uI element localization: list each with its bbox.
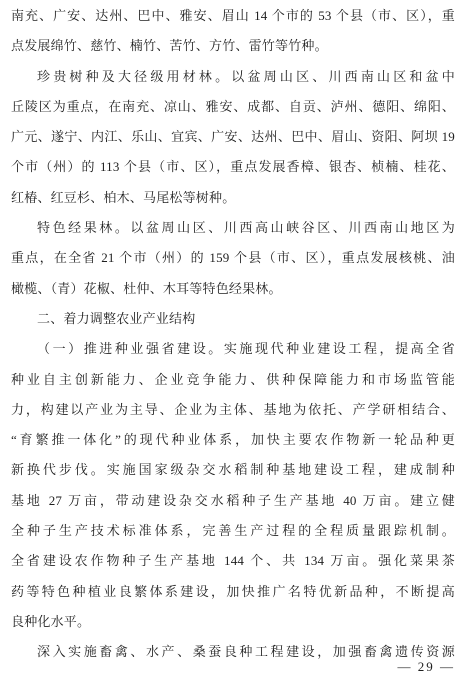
- text-line: 力，构建以产业为主导、企业为主体、基地为依托、产学研相结合、: [11, 395, 455, 425]
- document-page: 南充、广安、达州、巴中、雅安、眉山 14 个市的 53 个县（市、区），重 点发…: [0, 0, 459, 686]
- text-line: 个市（州）的 113 个县（市、区），重点发展香樟、银杏、桢楠、桂花、: [11, 152, 455, 182]
- text-line: 基地 27 万亩，带动建设杂交水稻种子生产基地 40 万亩。建立健: [11, 486, 455, 516]
- text-line: 红椿、红豆杉、柏木、马尾松等树种。: [11, 183, 455, 213]
- text-line: 重点，在全省 21 个市（州）的 159 个县（市、区），重点发展核桃、油: [11, 243, 455, 273]
- text-line: “育繁推一体化”的现代种业体系，加快主要农作物新一轮品种更: [11, 425, 455, 455]
- text-line: 广元、遂宁、内江、乐山、宜宾、广安、达州、巴中、眉山、资阳、阿坝 19: [11, 122, 455, 152]
- text-line: 南充、广安、达州、巴中、雅安、眉山 14 个市的 53 个县（市、区），重: [11, 1, 455, 31]
- text-line: 橄榄、（青）花椒、杜仲、木耳等特色经果林。: [11, 274, 455, 304]
- text-line: 丘陵区为重点，在南充、凉山、雅安、成都、自贡、泸州、德阳、绵阳、: [11, 92, 455, 122]
- text-line: 特色经果林。以盆周山区、川西高山峡谷区、川西南山地区为: [11, 213, 455, 243]
- text-line: 全种子生产技术标准体系，完善生产过程的全程质量跟踪机制。: [11, 516, 455, 546]
- text-line: 点发展绵竹、慈竹、楠竹、苦竹、方竹、雷竹等竹种。: [11, 31, 455, 61]
- text-block: 南充、广安、达州、巴中、雅安、眉山 14 个市的 53 个县（市、区），重 点发…: [11, 1, 455, 668]
- text-line: 药等特色种植业良繁体系建设，加快推广名特优新品种，不断提高: [11, 577, 455, 607]
- text-line: 新换代步伐。实施国家级杂交水稻制种基地建设工程，建成制种: [11, 455, 455, 485]
- text-line: 良种化水平。: [11, 607, 455, 637]
- text-line: 全省建设农作物种子生产基地 144 个、共 134 万亩。强化菜果茶: [11, 546, 455, 576]
- section-heading: 二、着力调整农业产业结构: [11, 304, 455, 334]
- text-line: 珍贵树种及大径级用材林。以盆周山区、川西南山区和盆中: [11, 62, 455, 92]
- text-line: 深入实施畜禽、水产、桑蚕良种工程建设，加强畜禽遗传资源: [11, 637, 455, 667]
- text-line: 种业自主创新能力、企业竞争能力、供种保障能力和市场监管能: [11, 365, 455, 395]
- text-line: （一）推进种业强省建设。实施现代种业建设工程，提高全省: [11, 334, 455, 364]
- page-number: — 29 —: [398, 658, 456, 676]
